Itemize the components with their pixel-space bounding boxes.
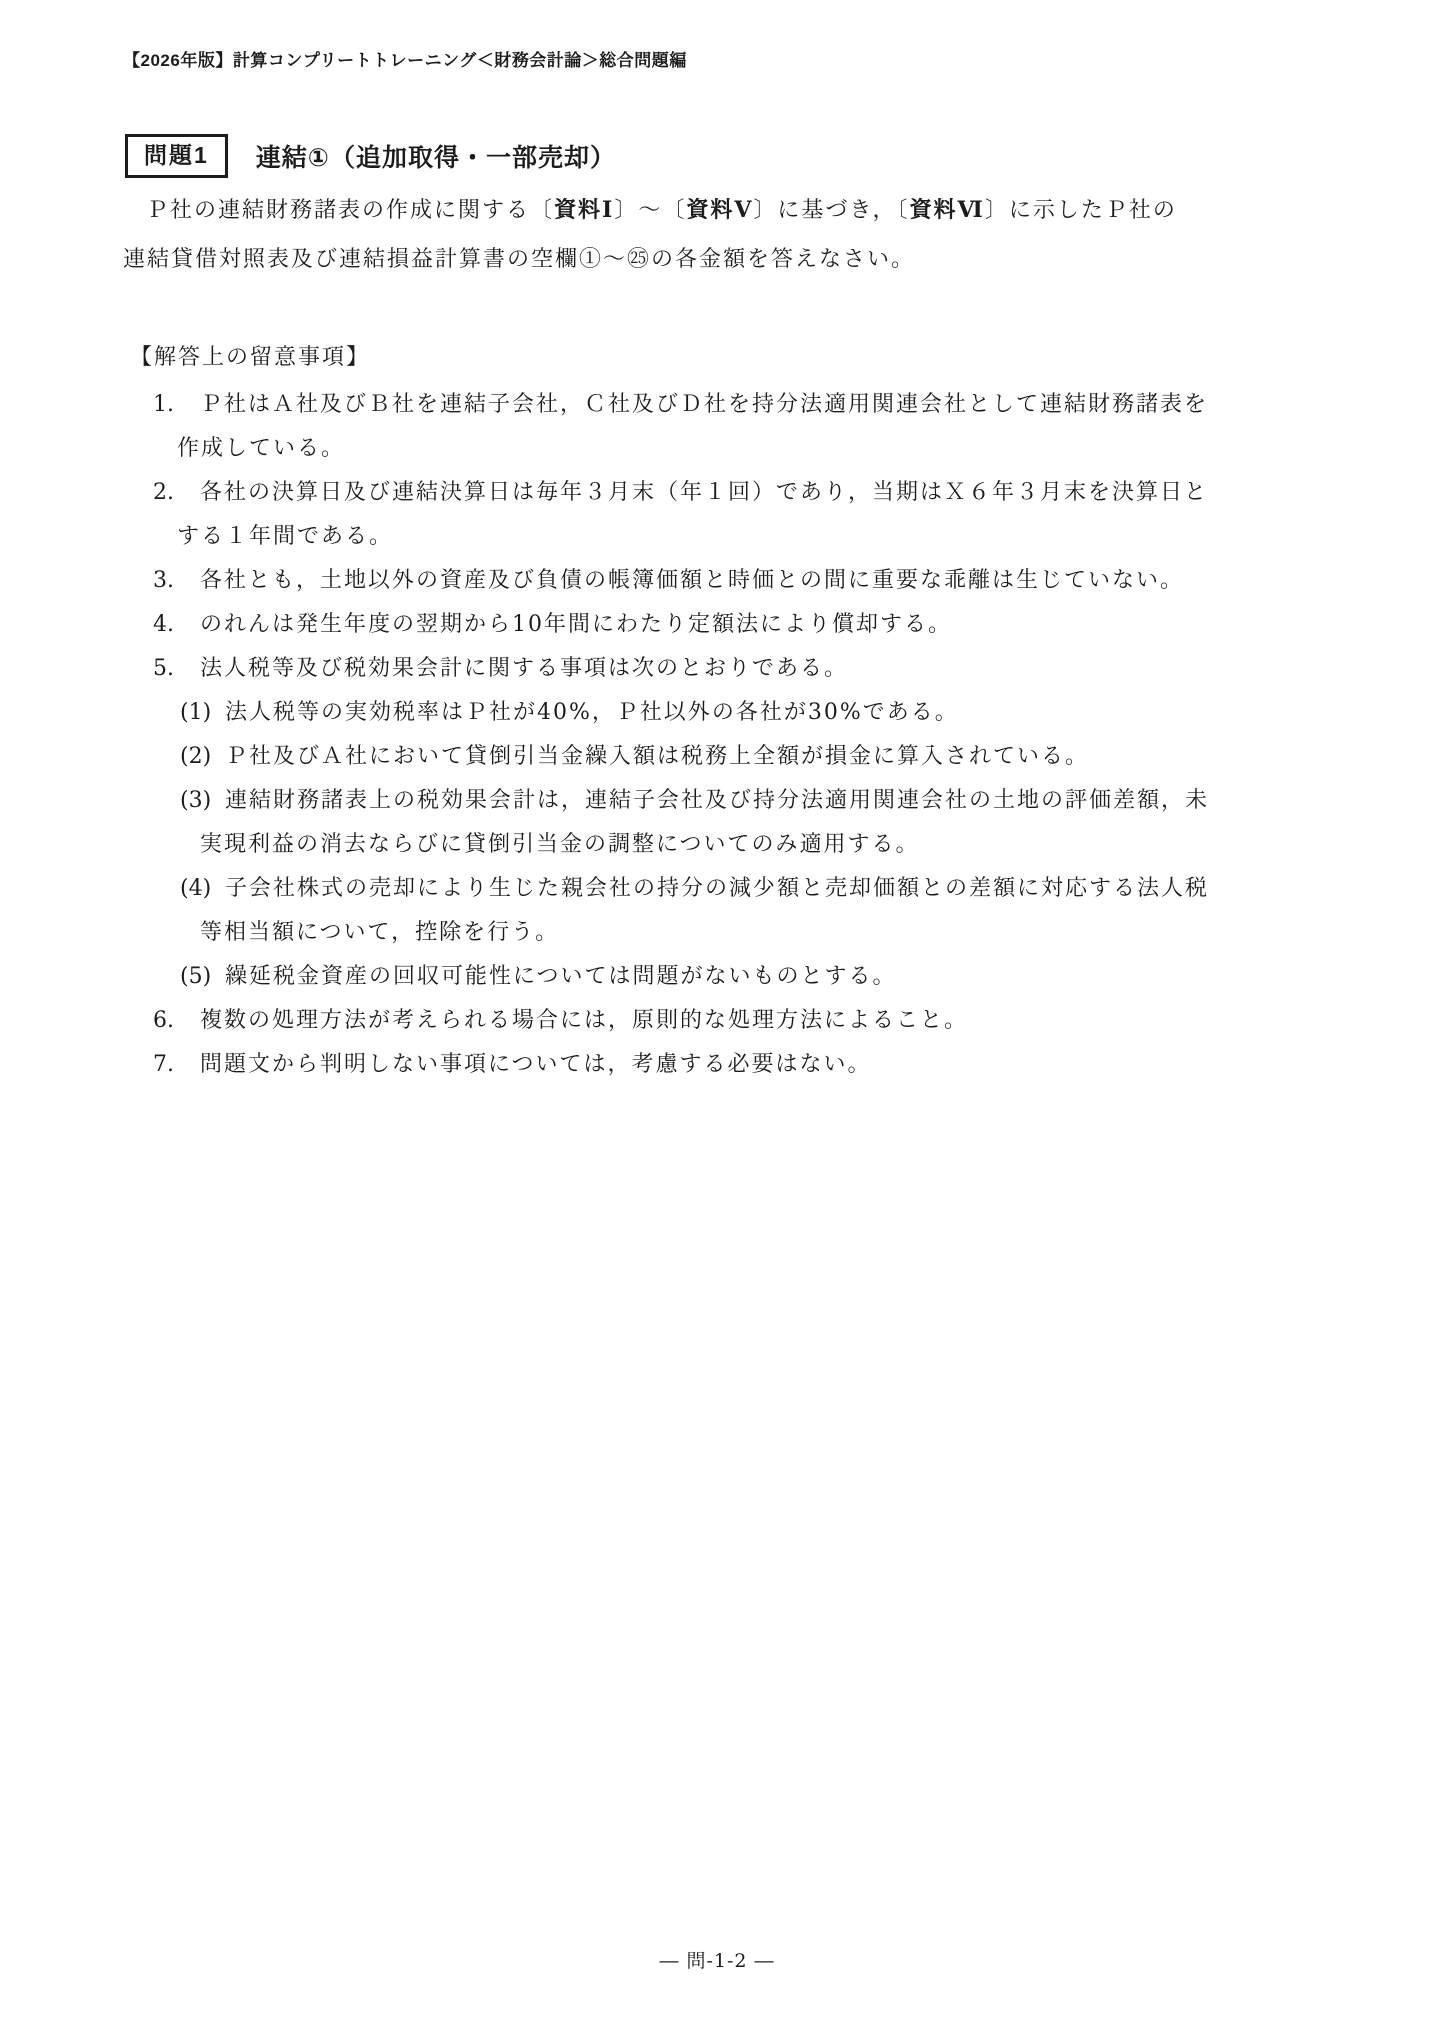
intro-line-2: 連結貸借対照表及び連結損益計算書の空欄①～㉕の各金額を答えなさい。 [123,235,1324,284]
note-item-5-1: (1)法人税等の実効税率はＰ社が40%，Ｐ社以外の各社が30%である。 [123,691,1354,735]
note-marker: 6. [153,999,174,1043]
note-text: 等相当額について，控除を行う。 [123,911,1354,955]
note-item-2-line-1: 2.各社の決算日及び連結決算日は毎年３月末（年１回）であり，当期はＸ６年３月末を… [123,471,1354,515]
intro-text-segment: Ｐ社の連結財務諸表の作成に関する〔 [146,198,554,223]
note-item-4: 4.のれんは発生年度の翌期から10年間にわたり定額法により償却する。 [123,603,1354,647]
page-number-footer: ― 問-1-2 ― [0,1946,1434,1973]
note-marker: (2) [180,735,211,779]
note-marker: 5. [153,647,174,691]
note-text: Ｐ社及びＡ社において貸倒引当金繰入額は税務上全額が損金に算入されている。 [123,735,1354,779]
note-text: 各社とも，土地以外の資産及び負債の帳簿価額と時価との間に重要な乖離は生じていない… [123,559,1354,603]
problem-number-label: 問題1 [144,142,209,168]
note-text: 問題文から判明しない事項については，考慮する必要はない。 [123,1043,1354,1087]
intro-text-segment: 〕～〔 [614,198,686,223]
problem-title-row: 問題1 連結①（追加取得・一部売却） [125,134,616,178]
note-item-5-3-line-1: (3)連結財務諸表上の税効果会計は，連結子会社及び持分法適用関連会社の土地の評価… [123,779,1354,823]
note-item-5-4-line-2: 等相当額について，控除を行う。 [123,911,1354,955]
note-text: する１年間である。 [123,515,1354,559]
note-text: のれんは発生年度の翌期から10年間にわたり定額法により償却する。 [123,603,1354,647]
note-item-5-4-line-1: (4)子会社株式の売却により生じた親会社の持分の減少額と売却価額との差額に対応す… [123,867,1354,911]
note-item-6: 6.複数の処理方法が考えられる場合には，原則的な処理方法によること。 [123,999,1354,1043]
intro-line-1: Ｐ社の連結財務諸表の作成に関する〔資料Ⅰ〕～〔資料Ⅴ〕に基づき，〔資料Ⅵ〕に示し… [123,186,1324,235]
note-text: 法人税等の実効税率はＰ社が40%，Ｐ社以外の各社が30%である。 [123,691,1354,735]
notes-list: 1.Ｐ社はＡ社及びＢ社を連結子会社，Ｃ社及びＤ社を持分法適用関連会社として連結財… [123,383,1354,1087]
shiryo-1-ref: 資料Ⅰ [554,197,614,223]
intro-text-segment: 〕に示したＰ社の [985,198,1177,223]
note-text: 各社の決算日及び連結決算日は毎年３月末（年１回）であり，当期はＸ６年３月末を決算… [123,471,1354,515]
note-item-5: 5.法人税等及び税効果会計に関する事項は次のとおりである。 [123,647,1354,691]
note-text: 子会社株式の売却により生じた親会社の持分の減少額と売却価額との差額に対応する法人… [123,867,1354,911]
note-marker: (4) [180,867,211,911]
intro-text-segment: 〕に基づき，〔 [753,198,909,223]
note-marker: 1. [153,383,174,427]
note-text: 法人税等及び税効果会計に関する事項は次のとおりである。 [123,647,1354,691]
shiryo-5-ref: 資料Ⅴ [686,197,753,223]
document-page: 【2026年版】計算コンプリートトレーニング＜財務会計論＞総合問題編 問題1 連… [0,0,1434,2024]
note-marker: (5) [180,955,211,999]
note-marker: 4. [153,603,174,647]
shiryo-6-ref: 資料Ⅵ [910,197,985,223]
note-text: 繰延税金資産の回収可能性については問題がないものとする。 [123,955,1354,999]
note-text: Ｐ社はＡ社及びＢ社を連結子会社，Ｃ社及びＤ社を持分法適用関連会社として連結財務諸… [123,383,1354,427]
note-text: 作成している。 [123,427,1354,471]
notes-heading: 【解答上の留意事項】 [130,340,370,371]
note-item-1-line-1: 1.Ｐ社はＡ社及びＢ社を連結子会社，Ｃ社及びＤ社を持分法適用関連会社として連結財… [123,383,1354,427]
note-text: 実現利益の消去ならびに貸倒引当金の調整についてのみ適用する。 [123,823,1354,867]
note-item-1-line-2: 作成している。 [123,427,1354,471]
document-header: 【2026年版】計算コンプリートトレーニング＜財務会計論＞総合問題編 [123,46,687,71]
note-marker: (1) [180,691,211,735]
intro-paragraph: Ｐ社の連結財務諸表の作成に関する〔資料Ⅰ〕～〔資料Ⅴ〕に基づき，〔資料Ⅵ〕に示し… [123,186,1324,284]
note-text: 連結財務諸表上の税効果会計は，連結子会社及び持分法適用関連会社の土地の評価差額，… [123,779,1354,823]
note-marker: 2. [153,471,174,515]
problem-number-box: 問題1 [125,134,228,178]
note-marker: 3. [153,559,174,603]
note-item-2-line-2: する１年間である。 [123,515,1354,559]
note-item-5-2: (2)Ｐ社及びＡ社において貸倒引当金繰入額は税務上全額が損金に算入されている。 [123,735,1354,779]
note-text: 複数の処理方法が考えられる場合には，原則的な処理方法によること。 [123,999,1354,1043]
note-item-5-3-line-2: 実現利益の消去ならびに貸倒引当金の調整についてのみ適用する。 [123,823,1354,867]
note-marker: (3) [180,779,211,823]
problem-title: 連結①（追加取得・一部売却） [256,138,616,174]
note-item-7: 7.問題文から判明しない事項については，考慮する必要はない。 [123,1043,1354,1087]
note-item-5-5: (5)繰延税金資産の回収可能性については問題がないものとする。 [123,955,1354,999]
note-marker: 7. [153,1043,174,1087]
note-item-3: 3.各社とも，土地以外の資産及び負債の帳簿価額と時価との間に重要な乖離は生じてい… [123,559,1354,603]
